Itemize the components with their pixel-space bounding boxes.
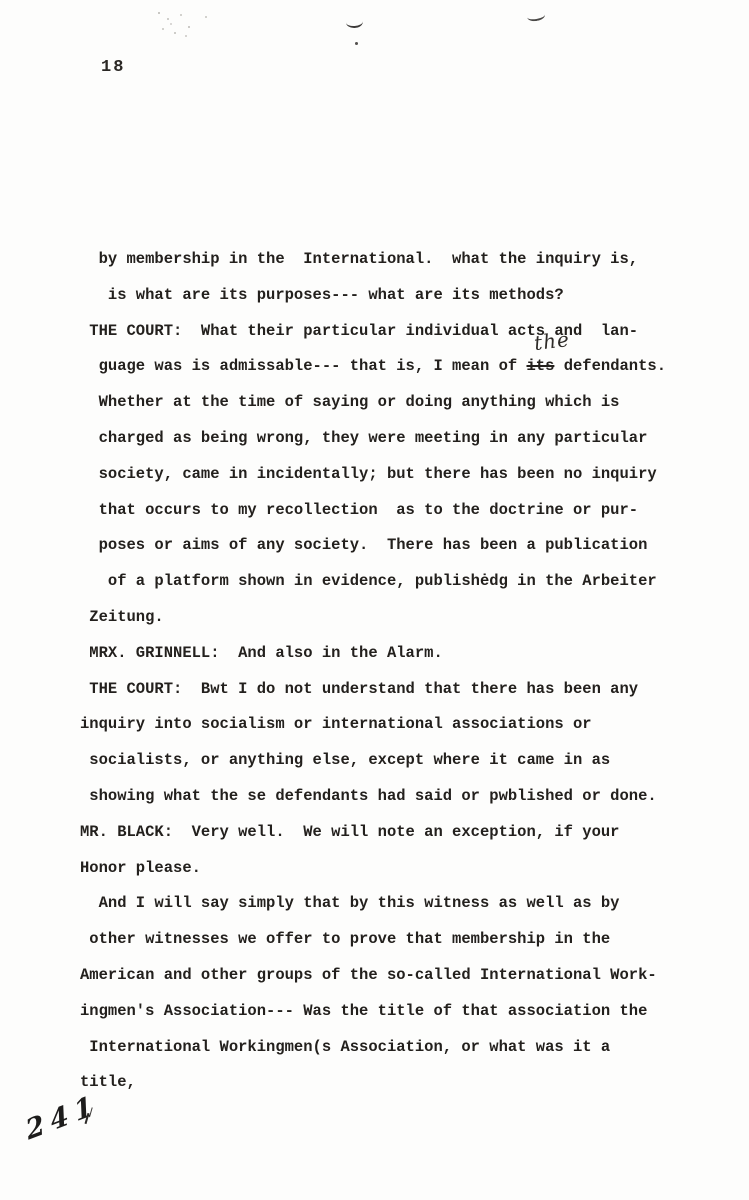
line-text: ingmen's Association--- Was the title of… <box>80 1002 647 1020</box>
pen-arc-mark-left <box>346 15 364 28</box>
struck-word: itsthe <box>526 357 554 375</box>
transcript-line: THE COURT: Bwt I do not understand that … <box>80 672 720 708</box>
transcript-line: society, came in incidentally; but there… <box>80 457 720 493</box>
transcript-line: that occurs to my recollection as to the… <box>80 493 720 529</box>
line-text: Honor please. <box>80 859 201 877</box>
line-text: MR. BLACK: Very well. We will note an ex… <box>80 823 620 841</box>
transcript-line: of a platform shown in evidence, publish… <box>80 564 720 600</box>
handwritten-insertion: the <box>533 329 571 353</box>
line-text: inquiry into socialism or international … <box>80 715 592 733</box>
line-text: THE COURT: Bwt I do not understand that … <box>80 680 638 698</box>
transcript-line-with-correction: guage was is admissable--- that is, I me… <box>80 349 720 385</box>
pen-arc-mark-right <box>526 10 545 23</box>
line-text: Whether at the time of saying or doing a… <box>80 393 620 411</box>
transcript-line: Honor please. <box>80 851 720 887</box>
line-text: poses or aims of any society. There has … <box>80 536 647 554</box>
line-text: charged as being wrong, they were meetin… <box>80 429 647 447</box>
transcript: by membership in the International. what… <box>80 242 720 1101</box>
line-text: that occurs to my recollection as to the… <box>80 501 638 519</box>
document-page: 18 by membership in the International. w… <box>0 0 749 1200</box>
line-text: Zeitung. <box>80 608 164 626</box>
transcript-line: is what are its purposes--- what are its… <box>80 278 720 314</box>
line-text: defendants. <box>554 357 666 375</box>
transcript-line: International Workingmen(s Association, … <box>80 1030 720 1066</box>
transcript-line: socialists, or anything else, except whe… <box>80 743 720 779</box>
line-text: is what are its purposes--- what are its… <box>80 286 564 304</box>
handwritten-page-number: 241 <box>23 1088 102 1146</box>
transcript-line: And I will say simply that by this witne… <box>80 886 720 922</box>
line-text: And I will say simply that by this witne… <box>80 894 620 912</box>
line-text: MRX. GRINNELL: And also in the Alarm. <box>80 644 443 662</box>
line-text: socialists, or anything else, except whe… <box>80 751 610 769</box>
line-text: American and other groups of the so-call… <box>80 966 657 984</box>
transcript-line: inquiry into socialism or international … <box>80 707 720 743</box>
transcript-line: showing what the se defendants had said … <box>80 779 720 815</box>
line-text: society, came in incidentally; but there… <box>80 465 657 483</box>
line-text: by membership in the International. what… <box>80 250 638 268</box>
line-text: showing what the se defendants had said … <box>80 787 657 805</box>
transcript-line: title, <box>80 1065 720 1101</box>
transcript-line: Zeitung. <box>80 600 720 636</box>
transcript-line: charged as being wrong, they were meetin… <box>80 421 720 457</box>
line-text: guage was is admissable--- that is, I me… <box>80 357 526 375</box>
page-number: 18 <box>101 58 125 77</box>
transcript-line: Whether at the time of saying or doing a… <box>80 385 720 421</box>
pen-dot-mark <box>355 42 358 45</box>
line-text: International Workingmen(s Association, … <box>80 1038 610 1056</box>
transcript-line: THE COURT: What their particular individ… <box>80 314 720 350</box>
transcript-line: by membership in the International. what… <box>80 242 720 278</box>
transcript-line: American and other groups of the so-call… <box>80 958 720 994</box>
transcript-line: poses or aims of any society. There has … <box>80 528 720 564</box>
struck-word-text: its <box>526 357 554 375</box>
transcript-line: other witnesses we offer to prove that m… <box>80 922 720 958</box>
transcript-line: MRX. GRINNELL: And also in the Alarm. <box>80 636 720 672</box>
speckle-cluster-mark <box>158 12 160 14</box>
transcript-line: ingmen's Association--- Was the title of… <box>80 994 720 1030</box>
line-text: of a platform shown in evidence, publish… <box>80 572 657 590</box>
line-text: title, <box>80 1073 136 1091</box>
transcript-line: MR. BLACK: Very well. We will note an ex… <box>80 815 720 851</box>
line-text: other witnesses we offer to prove that m… <box>80 930 610 948</box>
